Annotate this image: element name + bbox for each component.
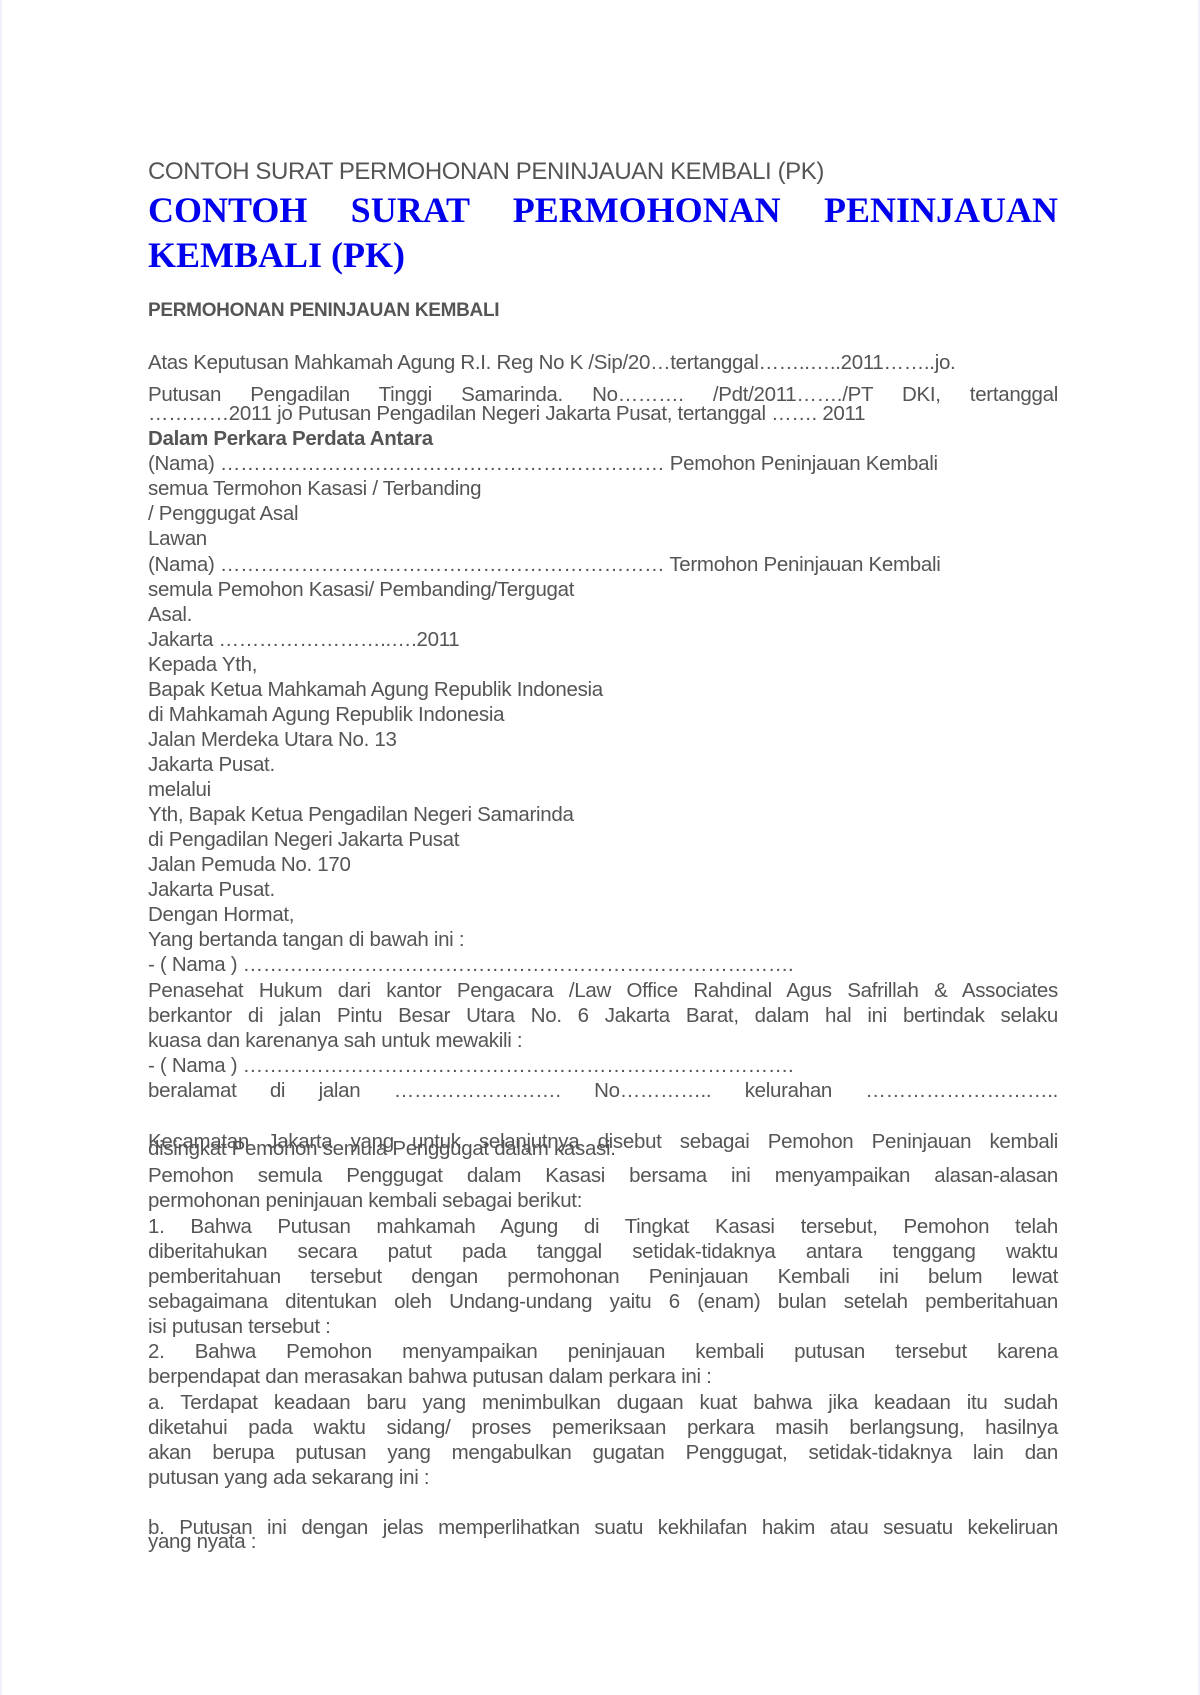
heading-line-2: KEMBALI (PK) (148, 233, 1058, 277)
body-line: disingkat Pemohon semula Penggugat dalam… (148, 1137, 1058, 1161)
body-line: Yang bertanda tangan di bawah ini : (148, 928, 1058, 952)
body-line: isi putusan tersebut : (148, 1315, 1058, 1339)
body-line: Jakarta Pusat. (148, 878, 1058, 902)
body-line: yang nyata : (148, 1530, 1058, 1554)
body-line: Jalan Pemuda No. 170 (148, 853, 1058, 877)
body-line: semua Termohon Kasasi / Terbanding (148, 477, 1058, 501)
body-line: beralamat di jalan ……………………. No………….. ke… (148, 1079, 1058, 1103)
body-line: Jalan Merdeka Utara No. 13 (148, 728, 1058, 752)
body-line: Pemohon semula Penggugat dalam Kasasi be… (148, 1164, 1058, 1188)
body-line: a. Terdapat keadaan baru yang menimbulka… (148, 1391, 1058, 1415)
body-line: Asal. (148, 603, 1058, 627)
body-line: kuasa dan karenanya sah untuk mewakili : (148, 1029, 1058, 1053)
body-line: Lawan (148, 527, 1058, 551)
body-line: Yth, Bapak Ketua Pengadilan Negeri Samar… (148, 803, 1058, 827)
body-line: (Nama) ………………………………………………………… Pemohon Pe… (148, 452, 1058, 476)
body-line: Atas Keputusan Mahkamah Agung R.I. Reg N… (148, 351, 1058, 375)
body-line: Jakarta ……………………..….2011 (148, 628, 1058, 652)
body-line: akan berupa putusan yang mengabulkan gug… (148, 1441, 1058, 1465)
body-line: permohonan peninjauan kembali sebagai be… (148, 1189, 1058, 1213)
body-line: 2. Bahwa Pemohon menyampaikan peninjauan… (148, 1340, 1058, 1364)
body-line: (Nama) ………………………………………………………… Termohon P… (148, 553, 1058, 577)
body-line: Kepada Yth, (148, 653, 1058, 677)
body-line: Dalam Perkara Perdata Antara (148, 427, 1058, 451)
body-line: Jakarta Pusat. (148, 753, 1058, 777)
body-line: berpendapat dan merasakan bahwa putusan … (148, 1365, 1058, 1389)
body-line: sebagaimana ditentukan oleh Undang-undan… (148, 1290, 1058, 1314)
body-line: - ( Nama ) ………………………………………………………………………. (148, 1054, 1058, 1078)
body-line: melalui (148, 778, 1058, 802)
top-title: CONTOH SURAT PERMOHONAN PENINJAUAN KEMBA… (148, 160, 1058, 184)
document-page: CONTOH SURAT PERMOHONAN PENINJAUAN KEMBA… (0, 0, 1200, 1695)
body-line: di Pengadilan Negeri Jakarta Pusat (148, 828, 1058, 852)
body-line: diberitahukan secara patut pada tanggal … (148, 1240, 1058, 1264)
body-line: …………2011 jo Putusan Pengadilan Negeri Ja… (148, 402, 1058, 426)
heading-line-1: CONTOH SURAT PERMOHONAN PENINJAUAN (148, 188, 1058, 232)
body-line: semula Pemohon Kasasi/ Pembanding/Tergug… (148, 578, 1058, 602)
body-line: diketahui pada waktu sidang/ proses peme… (148, 1416, 1058, 1440)
subheading: PERMOHONAN PENINJAUAN KEMBALI (148, 299, 1058, 323)
body-line: / Penggugat Asal (148, 502, 1058, 526)
body-line: putusan yang ada sekarang ini : (148, 1466, 1058, 1490)
body-line: 1. Bahwa Putusan mahkamah Agung di Tingk… (148, 1215, 1058, 1239)
body-line: pemberitahuan tersebut dengan permohonan… (148, 1265, 1058, 1289)
body-line: Dengan Hormat, (148, 903, 1058, 927)
body-line: Bapak Ketua Mahkamah Agung Republik Indo… (148, 678, 1058, 702)
body-line: Penasehat Hukum dari kantor Pengacara /L… (148, 979, 1058, 1003)
body-line: berkantor di jalan Pintu Besar Utara No.… (148, 1004, 1058, 1028)
body-line: di Mahkamah Agung Republik Indonesia (148, 703, 1058, 727)
body-line: - ( Nama ) ………………………………………………………………………. (148, 953, 1058, 977)
